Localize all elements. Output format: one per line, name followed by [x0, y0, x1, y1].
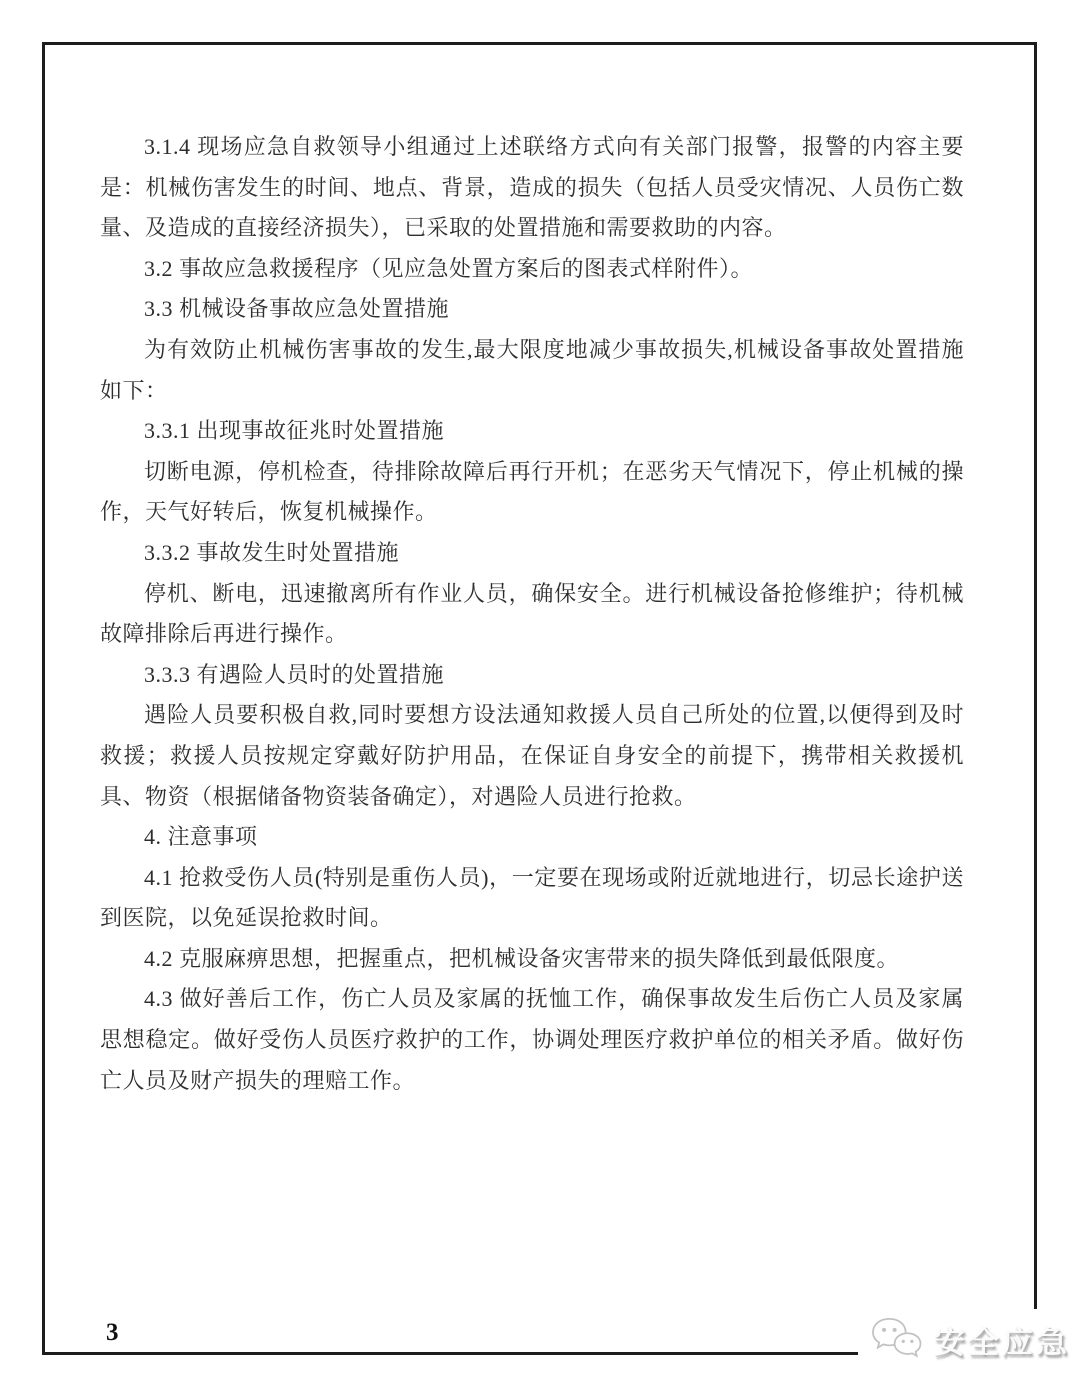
heading-4: 4. 注意事项 — [100, 817, 964, 858]
paragraph-4-2: 4.2 克服麻痹思想，把握重点，把机械设备灾害带来的损失降低到最低限度。 — [100, 939, 964, 980]
page-number: 3 — [106, 1319, 119, 1347]
paragraph-4-3: 4.3 做好善后工作，伤亡人员及家属的抚恤工作，确保事故发生后伤亡人员及家属思想… — [100, 979, 964, 1101]
heading-3-3-3: 3.3.3 有遇险人员时的处置措施 — [100, 655, 964, 696]
paragraph-3-3-3-body: 遇险人员要积极自救,同时要想方设法通知救援人员自己所处的位置,以便得到及时救援；… — [100, 695, 964, 817]
watermark-text: 安全应急 — [934, 1317, 1070, 1362]
heading-3-3-2: 3.3.2 事故发生时处置措施 — [100, 533, 964, 574]
wechat-bubbles-icon — [868, 1315, 926, 1363]
paragraph-3-3-intro: 为有效防止机械伤害事故的发生,最大限度地减少事故损失,机械设备事故处置措施如下： — [100, 330, 964, 411]
watermark: 安全应急 — [858, 1309, 1076, 1369]
document-body: 3.1.4 现场应急自救领导小组通过上述联络方式向有关部门报警，报警的内容主要是… — [100, 127, 964, 1101]
paragraph-3-3-2-body: 停机、断电，迅速撤离所有作业人员，确保安全。进行机械设备抢修维护；待机械故障排除… — [100, 574, 964, 655]
paragraph-3-3-1-body: 切断电源，停机检查，待排除故障后再行开机；在恶劣天气情况下，停止机械的操作，天气… — [100, 452, 964, 533]
heading-3-3-1: 3.3.1 出现事故征兆时处置措施 — [100, 411, 964, 452]
heading-3-3: 3.3 机械设备事故应急处置措施 — [100, 289, 964, 330]
paragraph-3-2: 3.2 事故应急救援程序（见应急处置方案后的图表式样附件）。 — [100, 249, 964, 290]
paragraph-4-1: 4.1 抢救受伤人员(特别是重伤人员)，一定要在现场或附近就地进行，切忌长途护送… — [100, 858, 964, 939]
paragraph-3-1-4: 3.1.4 现场应急自救领导小组通过上述联络方式向有关部门报警，报警的内容主要是… — [100, 127, 964, 249]
page-border-frame: 3.1.4 现场应急自救领导小组通过上述联络方式向有关部门报警，报警的内容主要是… — [42, 42, 1037, 1355]
document-page: 3.1.4 现场应急自救领导小组通过上述联络方式向有关部门报警，报警的内容主要是… — [0, 0, 1080, 1397]
